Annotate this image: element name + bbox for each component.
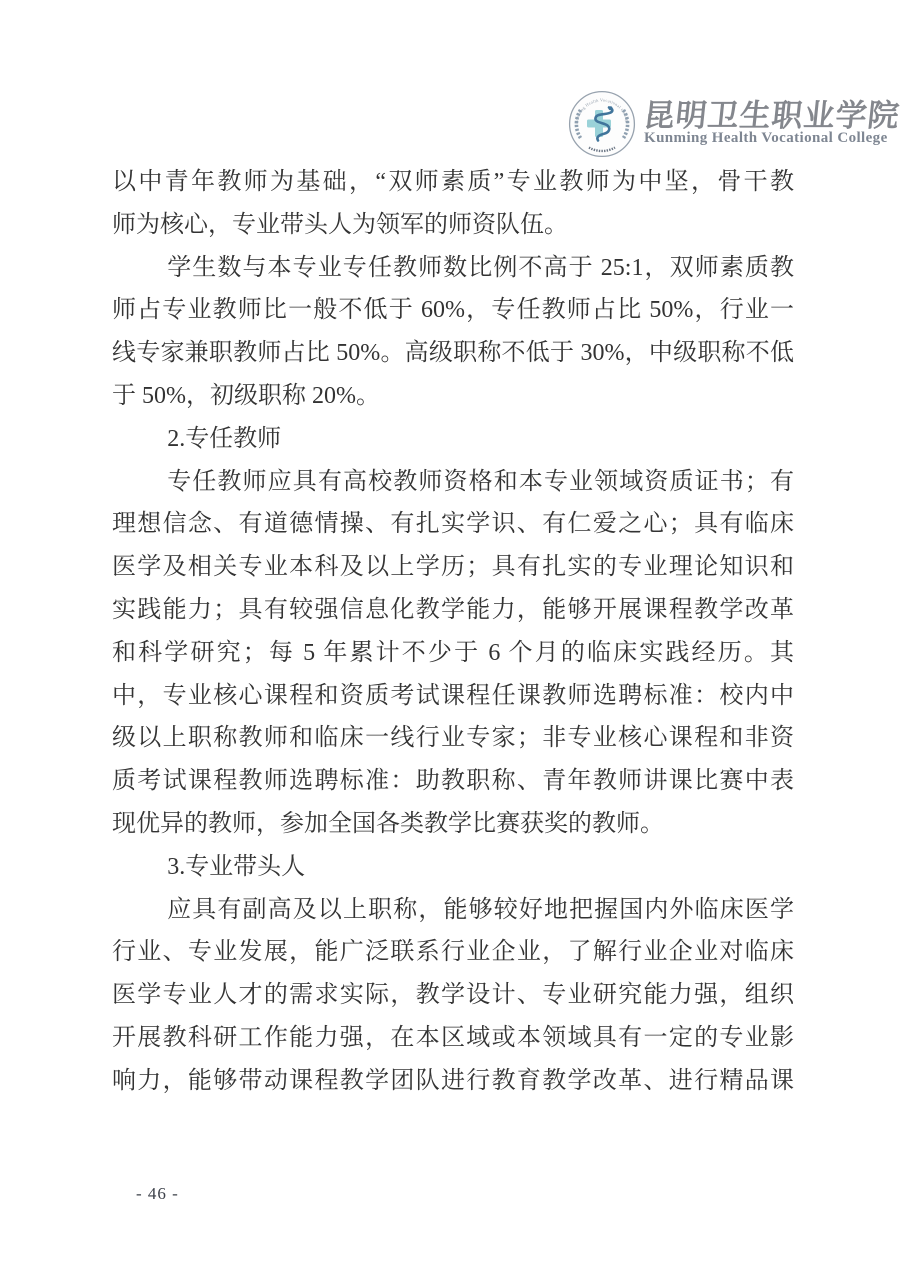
text-line: 线专家兼职教师占比 50%。高级职称不低于 30%，中级职称不低 bbox=[112, 332, 794, 375]
college-logo: Kunming Health Vocational College 昆明卫生职业… bbox=[568, 88, 898, 160]
text-line: 医学及相关专业本科及以上学历；具有扎实的专业理论知识和 bbox=[112, 546, 794, 589]
text-line: 现优异的教师，参加全国各类教学比赛获奖的教师。 bbox=[112, 803, 794, 846]
text-line: 师为核心，专业带头人为领军的师资队伍。 bbox=[112, 204, 794, 247]
text-line: 3.专业带头人 bbox=[112, 846, 794, 889]
text-line: 师占专业教师比一般不低于 60%，专任教师占比 50%，行业一 bbox=[112, 289, 794, 332]
text-line: 2.专任教师 bbox=[112, 418, 794, 461]
document-body: 以中青年教师为基础，“双师素质”专业教师为中坚，骨干教师为核心，专业带头人为领军… bbox=[112, 161, 794, 1103]
text-line: 以中青年教师为基础，“双师素质”专业教师为中坚，骨干教 bbox=[112, 161, 794, 204]
page-number: - 46 - bbox=[136, 1184, 179, 1204]
document-page: Kunming Health Vocational College 昆明卫生职业… bbox=[0, 0, 905, 1280]
text-line: 于 50%，初级职称 20%。 bbox=[112, 375, 794, 418]
text-line: 实践能力；具有较强信息化教学能力，能够开展课程教学改革 bbox=[112, 589, 794, 632]
college-name-zh: 昆明卫生职业学院 bbox=[642, 90, 899, 135]
college-name-en: Kunming Health Vocational College bbox=[644, 130, 896, 147]
text-line: 级以上职称教师和临床一线行业专家；非专业核心课程和非资 bbox=[112, 717, 794, 760]
text-line: 专任教师应具有高校教师资格和本专业领域资质证书；有 bbox=[112, 461, 794, 504]
text-line: 医学专业人才的需求实际，教学设计、专业研究能力强，组织 bbox=[112, 974, 794, 1017]
text-line: 学生数与本专业专任教师数比例不高于 25:1，双师素质教 bbox=[112, 247, 794, 290]
text-line: 中，专业核心课程和资质考试课程任课教师选聘标准：校内中 bbox=[112, 675, 794, 718]
text-line: 理想信念、有道德情操、有扎实学识、有仁爱之心；具有临床 bbox=[112, 503, 794, 546]
text-line: 开展教科研工作能力强，在本区域或本领域具有一定的专业影 bbox=[112, 1017, 794, 1060]
college-seal-icon: Kunming Health Vocational College bbox=[568, 90, 636, 158]
text-line: 行业、专业发展，能广泛联系行业企业，了解行业企业对临床 bbox=[112, 931, 794, 974]
text-line: 响力，能够带动课程教学团队进行教育教学改革、进行精品课 bbox=[112, 1060, 794, 1103]
text-line: 质考试课程教师选聘标准：助教职称、青年教师讲课比赛中表 bbox=[112, 760, 794, 803]
text-line: 和科学研究；每 5 年累计不少于 6 个月的临床实践经历。其 bbox=[112, 632, 794, 675]
text-line: 应具有副高及以上职称，能够较好地把握国内外临床医学 bbox=[112, 889, 794, 932]
